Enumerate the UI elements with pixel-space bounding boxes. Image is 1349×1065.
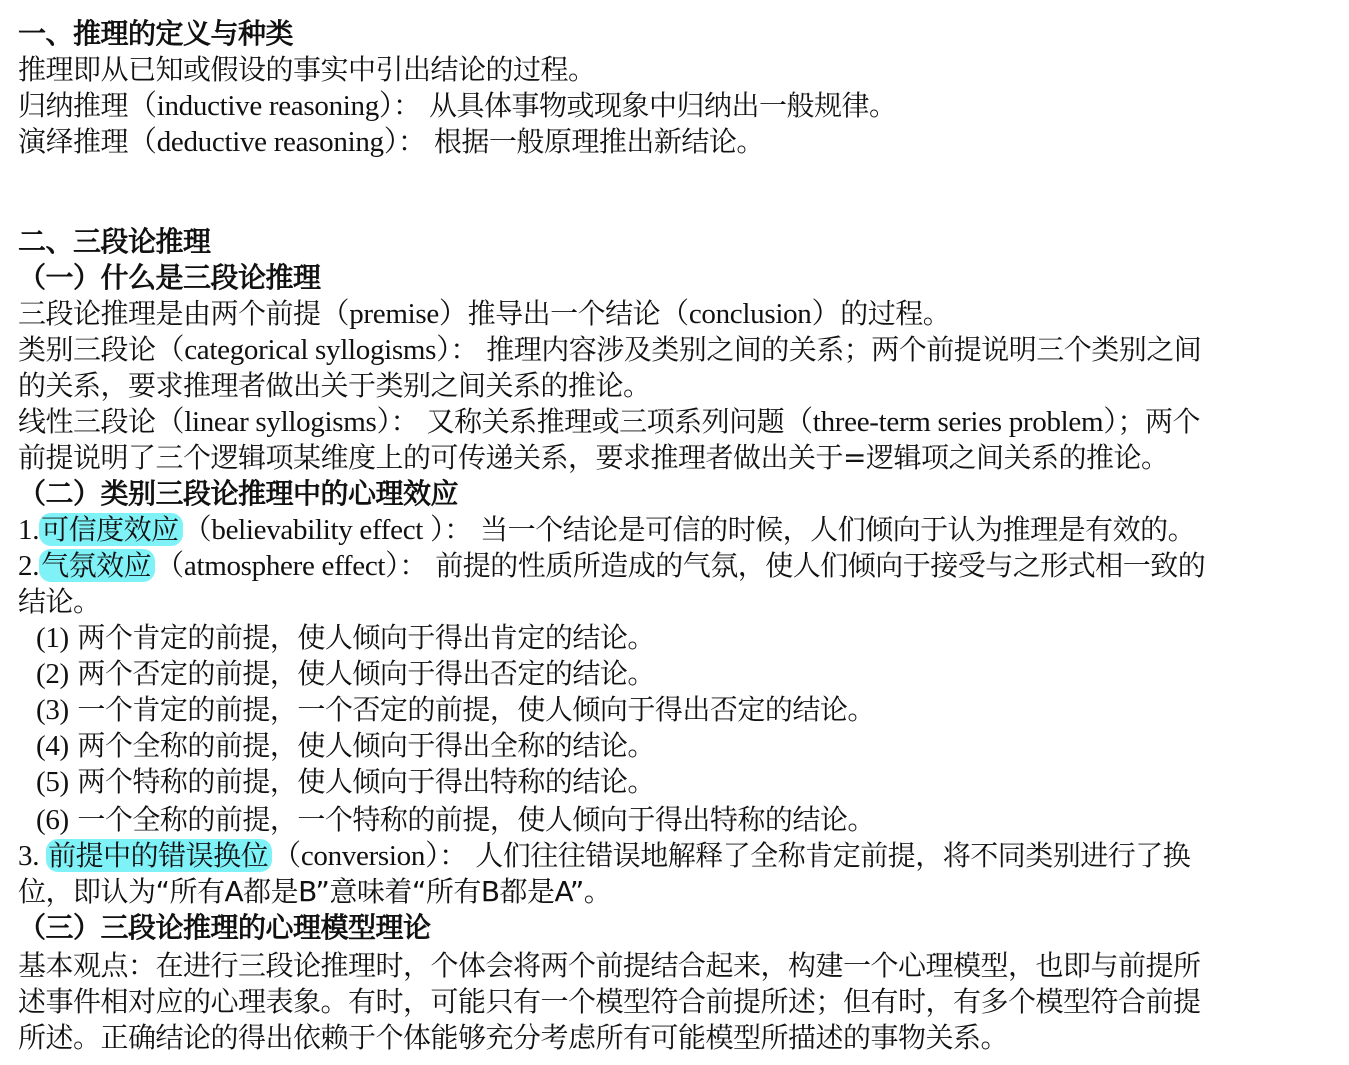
atmosphere-item-5: (5) 两个特称的前提，使人倾向于得出特称的结论。 [36, 764, 655, 800]
conversion-english: （conversion） [272, 840, 439, 872]
syllogism-text: 三段论推理是由两个前提 [18, 297, 321, 330]
categorical-desc: 推理内容涉及类别之间的关系；两个前提说明三个类别之间 [486, 333, 1201, 366]
believability-english: （believability effect ） [183, 514, 445, 546]
section2-heading: 二、三段论推理 [18, 224, 211, 260]
inductive-reasoning-line: 归纳推理（inductive reasoning）： 从具体事物或现象中归纳出一… [18, 88, 897, 124]
item-number: 3. [18, 840, 46, 872]
three-term-english: （three-term series problem） [784, 406, 1117, 438]
atmosphere-item-1: (1) 两个肯定的前提，使人倾向于得出肯定的结论。 [36, 620, 655, 656]
item-text: 一个全称的前提，一个特称的前提，使人倾向于得出特称的结论。 [77, 803, 875, 836]
syllogism-definition-line: 三段论推理是由两个前提（premise）推导出一个结论（conclusion）的… [18, 296, 950, 332]
item-text: 一个肯定的前提，一个否定的前提，使人倾向于得出否定的结论。 [77, 693, 875, 726]
syllogism-text: 推导出一个结论 [468, 297, 661, 330]
deductive-reasoning-line: 演绎推理（deductive reasoning）： 根据一般原理推出新结论。 [18, 124, 764, 160]
sub3-heading: （三）三段论推理的心理模型理论 [18, 910, 431, 946]
separator: ： [398, 125, 426, 158]
sub2-heading: （二）类别三段论推理中的心理效应 [18, 476, 458, 512]
item-number: (3) [36, 694, 69, 726]
categorical-english: （categorical syllogisms） [156, 334, 451, 366]
highlighted-term-atmosphere: 气氛效应 [39, 549, 155, 582]
section1-heading: 一、推理的定义与种类 [18, 16, 293, 52]
believability-desc: 当一个结论是可信的时候，人们倾向于认为推理是有效的。 [480, 513, 1195, 546]
conversion-line: 3. 前提中的错误换位（conversion）： 人们往往错误地解释了全称肯定前… [18, 838, 1190, 874]
mental-model-body-3: 所述。正确结论的得出依赖于个体能够充分考虑所有可能模型所描述的事物关系。 [18, 1020, 1008, 1056]
linear-syllogism-line: 线性三段论（linear syllogisms）： 又称关系推理或三项系列问题（… [18, 404, 1200, 440]
highlighted-term-conversion: 前提中的错误换位 [46, 839, 272, 872]
item-text: 两个全称的前提，使人倾向于得出全称的结论。 [77, 729, 655, 762]
inductive-term: 归纳推理 [18, 89, 128, 122]
highlighted-term-believability: 可信度效应 [39, 513, 183, 546]
conversion-desc-continued: 位，即认为“所有A都是B”意味着“所有B都是A”。 [18, 874, 611, 910]
atmosphere-english: （atmosphere effect） [155, 550, 399, 582]
item-text: 两个否定的前提，使人倾向于得出否定的结论。 [77, 657, 655, 690]
atmosphere-desc: 前提的性质所造成的气氛，使人们倾向于接受与之形式相一致的 [435, 549, 1205, 582]
item-number: (6) [36, 804, 69, 836]
categorical-syllogism-line: 类别三段论（categorical syllogisms）： 推理内容涉及类别之… [18, 332, 1201, 368]
separator: ： [444, 513, 472, 546]
linear-desc-continued: 前提说明了三个逻辑项某维度上的可传递关系，要求推理者做出关于=逻辑项之间关系的推… [18, 440, 1168, 476]
inductive-desc: 从具体事物或现象中归纳出一般规律。 [429, 89, 897, 122]
item-number: (1) [36, 622, 69, 654]
atmosphere-item-6: (6) 一个全称的前提，一个特称的前提，使人倾向于得出特称的结论。 [36, 802, 875, 838]
atmosphere-item-2: (2) 两个否定的前提，使人倾向于得出否定的结论。 [36, 656, 655, 692]
premise-english: （premise） [321, 298, 468, 330]
deductive-english: （deductive reasoning） [128, 126, 398, 158]
sub1-heading: （一）什么是三段论推理 [18, 260, 321, 296]
linear-desc: 又称关系推理或三项系列问题 [427, 405, 785, 438]
item-number: 1. [18, 514, 39, 546]
separator: ： [439, 839, 467, 872]
inductive-english: （inductive reasoning） [128, 90, 393, 122]
atmosphere-desc-continued: 结论。 [18, 584, 101, 620]
atmosphere-item-3: (3) 一个肯定的前提，一个否定的前提，使人倾向于得出否定的结论。 [36, 692, 875, 728]
item-number: 2. [18, 550, 39, 582]
item-text: 两个肯定的前提，使人倾向于得出肯定的结论。 [77, 621, 655, 654]
item-number: (4) [36, 730, 69, 762]
atmosphere-effect-line: 2.气氛效应（atmosphere effect）： 前提的性质所造成的气氛，使… [18, 548, 1205, 584]
linear-term: 线性三段论 [18, 405, 156, 438]
separator: ： [393, 89, 421, 122]
conclusion-english: （conclusion） [660, 298, 840, 330]
linear-english: （linear syllogisms） [156, 406, 391, 438]
categorical-desc-continued: 的关系，要求推理者做出关于类别之间关系的推论。 [18, 368, 651, 404]
item-number: (5) [36, 766, 69, 798]
linear-desc-tail: ；两个 [1117, 405, 1200, 438]
item-number: (2) [36, 658, 69, 690]
deductive-desc: 根据一般原理推出新结论。 [434, 125, 764, 158]
separator: ： [399, 549, 427, 582]
categorical-term: 类别三段论 [18, 333, 156, 366]
deductive-term: 演绎推理 [18, 125, 128, 158]
syllogism-text: 的过程。 [840, 297, 950, 330]
section1-definition: 推理即从已知或假设的事实中引出结论的过程。 [18, 52, 596, 88]
conversion-desc: 人们往往错误地解释了全称肯定前提，将不同类别进行了换 [475, 839, 1190, 872]
separator: ： [391, 405, 419, 438]
mental-model-body-1: 基本观点：在进行三段论推理时，个体会将两个前提结合起来，构建一个心理模型，也即与… [18, 948, 1201, 984]
separator: ： [450, 333, 478, 366]
believability-effect-line: 1.可信度效应（believability effect ）： 当一个结论是可信… [18, 512, 1195, 548]
item-text: 两个特称的前提，使人倾向于得出特称的结论。 [77, 765, 655, 798]
mental-model-body-2: 述事件相对应的心理表象。有时，可能只有一个模型符合前提所述；但有时，有多个模型符… [18, 984, 1201, 1020]
atmosphere-item-4: (4) 两个全称的前提，使人倾向于得出全称的结论。 [36, 728, 655, 764]
